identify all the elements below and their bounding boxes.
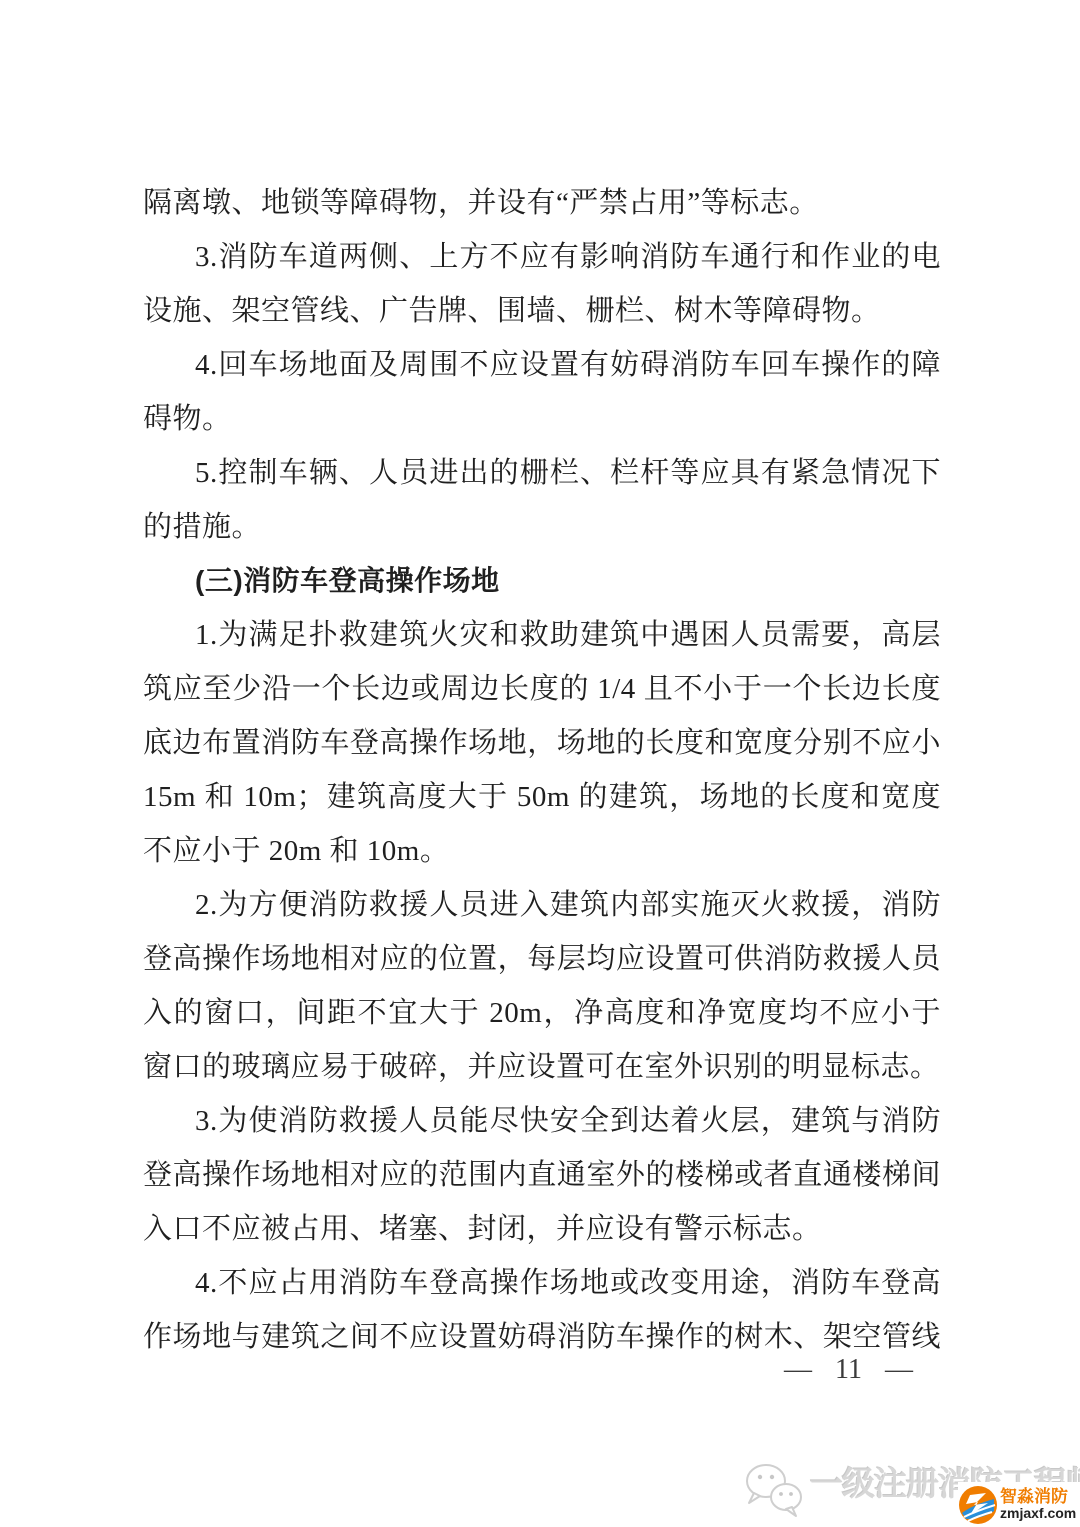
brand-logo: 智淼消防 zmjaxf.com [958, 1482, 1080, 1527]
text-line: 3.为使消防救援人员能尽快安全到达着火层，建筑与消防车 [143, 1094, 941, 1148]
text-line: 碍物。 [143, 392, 941, 446]
text-line: 底边布置消防车登高操作场地，场地的长度和宽度分别不应小于 [143, 716, 941, 770]
text-line: 筑应至少沿一个长边或周边长度的 1/4 且不小于一个长边长度的 [143, 662, 941, 716]
text-line: 的措施。 [143, 500, 941, 554]
page-number: — 11 — [143, 1348, 941, 1392]
text-line: 5.控制车辆、人员进出的栅栏、栏杆等应具有紧急情况下开启 [143, 446, 941, 500]
text-line: 登高操作场地相对应的范围内直通室外的楼梯或者直通楼梯间的 [143, 1148, 941, 1202]
text-line: 不应小于 20m 和 10m。 [143, 824, 941, 878]
text-line: 窗口的玻璃应易于破碎，并应设置可在室外识别的明显标志。 [143, 1040, 941, 1094]
text-line: 入的窗口，间距不宜大于 20m，净高度和净宽度均不应小于1.0m。 [143, 986, 941, 1040]
text-line: 4.回车场地面及周围不应设置有妨碍消防车回车操作的障 [143, 338, 941, 392]
text-line: 3.消防车道两侧、上方不应有影响消防车通行和作业的电力 [143, 230, 941, 284]
brand-site: zmjaxf.com [1000, 1506, 1076, 1521]
wechat-icon [742, 1461, 806, 1519]
section-heading: (三)消防车登高操作场地 [143, 554, 941, 608]
text-line: 15m 和 10m；建筑高度大于 50m 的建筑，场地的长度和宽度分别 [143, 770, 941, 824]
text-line: 4.不应占用消防车登高操作场地或改变用途，消防车登高操 [143, 1256, 941, 1310]
document-page: 隔离墩、地锁等障碍物，并设有“严禁占用”等标志。3.消防车道两侧、上方不应有影响… [0, 0, 1080, 1527]
document-body: 隔离墩、地锁等障碍物，并设有“严禁占用”等标志。3.消防车道两侧、上方不应有影响… [143, 176, 941, 1364]
text-line: 1.为满足扑救建筑火灾和救助建筑中遇困人员需要，高层建 [143, 608, 941, 662]
brand-logo-icon [958, 1485, 998, 1525]
text-line: 设施、架空管线、广告牌、围墙、栅栏、树木等障碍物。 [143, 284, 941, 338]
text-line: 2.为方便消防救援人员进入建筑内部实施灭火救援，消防车 [143, 878, 941, 932]
text-line: 隔离墩、地锁等障碍物，并设有“严禁占用”等标志。 [143, 176, 941, 230]
text-line: 登高操作场地相对应的位置，每层均应设置可供消防救援人员进 [143, 932, 941, 986]
brand-name: 智淼消防 [1000, 1488, 1076, 1506]
text-line: 入口不应被占用、堵塞、封闭，并应设有警示标志。 [143, 1202, 941, 1256]
